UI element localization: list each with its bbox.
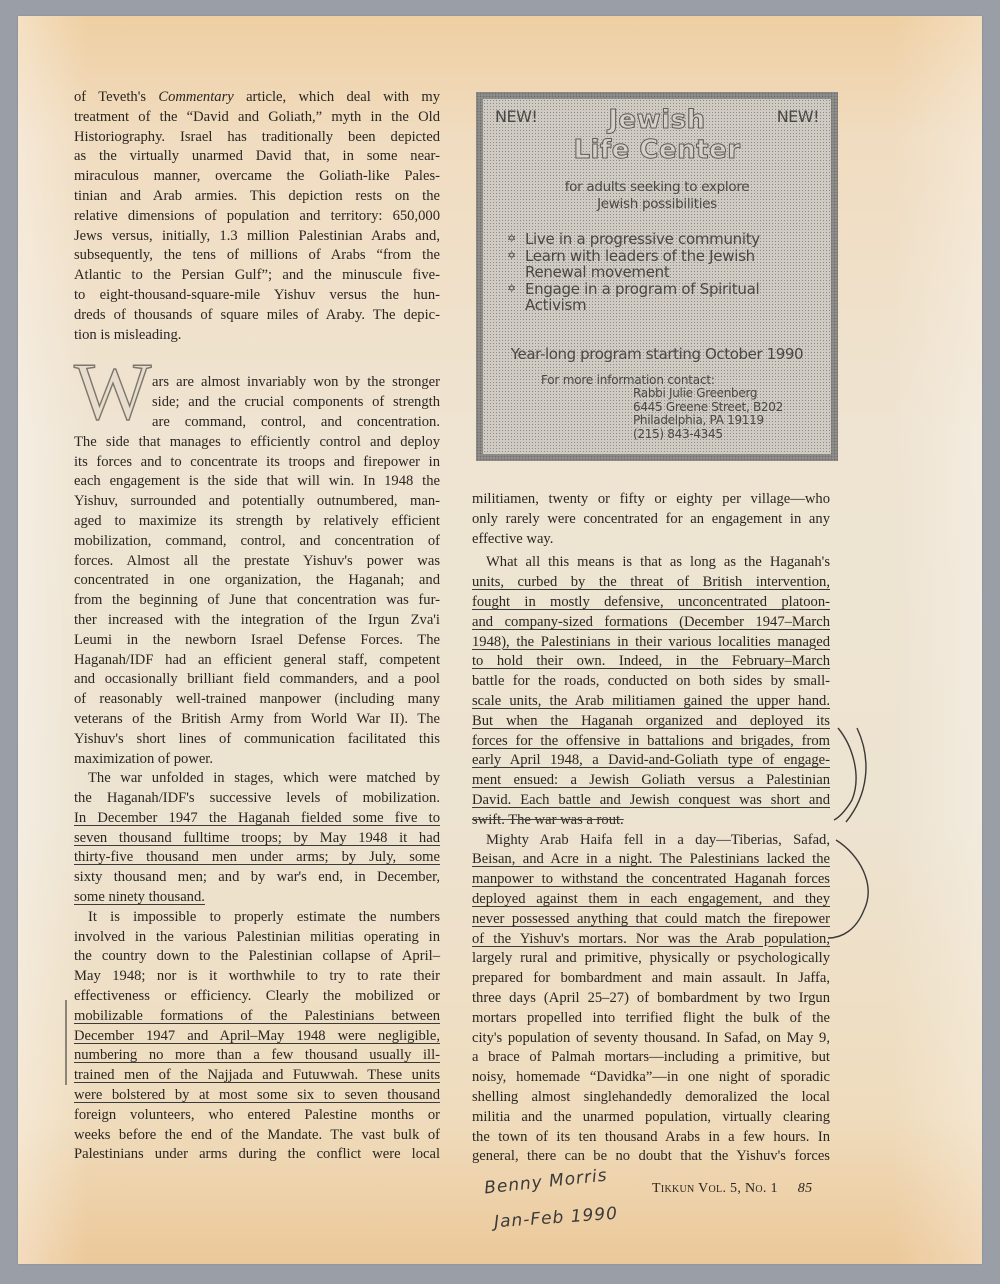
ad-title: Jewish Life Center [483, 105, 831, 165]
text-line: the town of its ten thousand Arabs in a … [472, 1128, 830, 1148]
underlined-text-line: early April 1948, a David-and-Goliath ty… [472, 751, 830, 771]
underlined-text-line: were bolstered by at most some six to se… [74, 1086, 440, 1106]
text-line: dreds of thousands of square miles of Ar… [74, 306, 440, 326]
text-line: effective way. [472, 530, 830, 550]
ad-program-line: Year-long program starting October 1990 [483, 345, 831, 363]
star-of-david-icon: ✡ [507, 281, 525, 314]
text-line: a brace of Palmah mortars—including a pr… [472, 1048, 830, 1068]
paragraph-1: militiamen, twenty or fifty or eighty pe… [472, 490, 830, 549]
underlined-text-line: fought in mostly defensive, unconcentrat… [472, 593, 830, 613]
text-line: Yishuv, surrounded and potentially outnu… [74, 492, 440, 512]
text-line: of Teveth's Commentary article, which de… [74, 88, 440, 108]
text-line: city's population of seventy thousand. I… [472, 1029, 830, 1049]
text-line: Yishuv's short lines of communication fa… [74, 730, 440, 750]
underlined-text-line: deployed against them in each engagement… [472, 890, 830, 910]
ad-subtitle: for adults seeking to explore Jewish pos… [483, 179, 831, 213]
text-line: foreign volunteers, who entered Palestin… [74, 1106, 440, 1126]
text-line: mortars propelled into terrified flight … [472, 1009, 830, 1029]
text-line: involved in the various Palestinian mili… [74, 928, 440, 948]
underlined-text-line: David. Each battle and Jewish conquest w… [472, 791, 830, 811]
underlined-text-line: December 1947 and April–May 1948 were ne… [74, 1027, 440, 1047]
text-line: veterans of the British Army from World … [74, 710, 440, 730]
text-line: battle for the roads, conducted on both … [472, 672, 830, 692]
text-line: weeks before the end of the Mandate. The… [74, 1126, 440, 1146]
underlined-text-line: seven thousand fulltime troops; by May 1… [74, 829, 440, 849]
text-line: each engagement is the side that will wi… [74, 472, 440, 492]
text-line: largely rural and primitive, physically … [472, 949, 830, 969]
text-line: militiamen, twenty or fifty or eighty pe… [472, 490, 830, 510]
text-line: Haganah/IDF had an efficient general sta… [74, 651, 440, 671]
text-line: maximization of power. [74, 750, 440, 770]
underlined-text-line: Beisan, and Acre in a night. The Palesti… [472, 850, 830, 870]
text-line: Atlantic to the Persian Gulf”; and the m… [74, 266, 440, 286]
underlined-text-line: manpower to withstand the concentrated H… [472, 870, 830, 890]
drop-cap: W [74, 362, 147, 422]
underlined-text-line: forces for the offensive in battalions a… [472, 732, 830, 752]
text-line: as the virtually unarmed David that, in … [74, 147, 440, 167]
text-line: May 1948; nor is it worthwhile to try to… [74, 967, 440, 987]
text-line: the country down to the Palestinian coll… [74, 947, 440, 967]
underlined-text-line: never possessed anything that could matc… [472, 910, 830, 930]
underlined-text-line: of the Yishuv's mortars. Nor was the Ara… [472, 930, 830, 950]
text-line: It is impossible to properly estimate th… [74, 908, 440, 928]
text-line: swift. The war was a rout. [472, 811, 830, 831]
text-line: the Haganah/IDF's successive levels of m… [74, 789, 440, 809]
advertisement-box: NEW! NEW! Jewish Life Center for adults … [476, 92, 838, 461]
contact-name: Rabbi Julie Greenberg [633, 387, 783, 401]
right-column: militiamen, twenty or fifty or eighty pe… [472, 490, 830, 1167]
underlined-text-line: But when the Haganah organized and deplo… [472, 712, 830, 732]
text-line: The war unfolded in stages, which were m… [74, 769, 440, 789]
star-of-david-icon: ✡ [507, 231, 525, 248]
underlined-text-line: to hold their own. Indeed, in the Februa… [472, 652, 830, 672]
advertisement-content: NEW! NEW! Jewish Life Center for adults … [483, 99, 831, 454]
underlined-text-line: mobilizable formations of the Palestinia… [74, 1007, 440, 1027]
page-footer: Tikkun Vol. 5, No. 185 [652, 1181, 812, 1197]
ad-title-line: Jewish [483, 105, 831, 135]
ad-contact-details: Rabbi Julie Greenberg 6445 Greene Street… [633, 387, 783, 441]
contact-street: 6445 Greene Street, B202 [633, 401, 783, 415]
text-line: sixty thousand men; and by war's end, in… [74, 868, 440, 888]
underlined-text-line: numbering no more than a few thousand us… [74, 1046, 440, 1066]
text-line: noisy, homemade “Davidka”—in one night o… [472, 1068, 830, 1088]
italic-title: Commentary [158, 89, 233, 105]
publication-info: Tikkun Vol. 5, No. 1 [652, 1181, 778, 1196]
contact-city: Philadelphia, PA 19119 [633, 414, 783, 428]
underlined-text-line: scale units, the Arab militiamen gained … [472, 692, 830, 712]
text-line: treatment of the “David and Goliath,” my… [74, 108, 440, 128]
text-line: from the beginning of June that concentr… [74, 591, 440, 611]
text-line: shelling almost singlehandedly demoraliz… [472, 1088, 830, 1108]
text-line: subsequently, the tens of millions of Ar… [74, 246, 440, 266]
left-column: of Teveth's Commentary article, which de… [74, 88, 440, 1165]
text-line: ther increased with the integration of t… [74, 611, 440, 631]
ad-title-line: Life Center [483, 135, 831, 165]
underlined-text-line: ment ensued: a Jewish Goliath versus a P… [472, 771, 830, 791]
underlined-text-line: In December 1947 the Haganah fielded som… [74, 809, 440, 829]
text-line: tinian and Arab armies. This depiction r… [74, 187, 440, 207]
text-line: only rarely were concentrated for an eng… [472, 510, 830, 530]
page-number: 85 [798, 1181, 813, 1196]
text-line: What all this means is that as long as t… [472, 553, 830, 573]
bullet-text: Live in a progressive community [525, 231, 760, 248]
underlined-text-line: thirty-five thousand men under arms; by … [74, 848, 440, 868]
text-line: forces. Almost all the prestate Yishuv's… [74, 552, 440, 572]
bullet-text: Learn with leaders of the JewishRenewal … [525, 248, 755, 281]
text-line: effectiveness or efficiency. Clearly the… [74, 987, 440, 1007]
ad-subtitle-line: Jewish possibilities [483, 196, 831, 213]
text-line: Palestinians under arms during the confl… [74, 1145, 440, 1165]
ad-contact-label: For more information contact: [541, 373, 715, 387]
contact-phone: (215) 843-4345 [633, 428, 783, 442]
text-line: relative dimensions of population and te… [74, 207, 440, 227]
ad-subtitle-line: for adults seeking to explore [483, 179, 831, 196]
text-line: general, there can be no doubt that the … [472, 1147, 830, 1167]
text-line: to eight-thousand-square-mile Yishuv ver… [74, 286, 440, 306]
text-line: Leumi in the newborn Israel Defense Forc… [74, 631, 440, 651]
text-line: three days (April 25–27) of bombardment … [472, 989, 830, 1009]
text-line: militia and the unarmed population, virt… [472, 1108, 830, 1128]
text-line: prepared for bombardment and main assaul… [472, 969, 830, 989]
paragraph-3: Mighty Arab Haifa fell in a day—Tiberias… [472, 831, 830, 1168]
underlined-text-line: and company-sized formations (December 1… [472, 613, 830, 633]
text-line: Jews versus, initially, 1.3 million Pale… [74, 227, 440, 247]
text-line: of reasonably well-trained manpower (inc… [74, 690, 440, 710]
bullet-text: Engage in a program of SpiritualActivism [525, 281, 759, 314]
underlined-text-line: some ninety thousand. [74, 888, 440, 908]
text-line: concentrated in one organization, the Ha… [74, 571, 440, 591]
underlined-text-line: trained men of the Najjada and Futuwwah.… [74, 1066, 440, 1086]
text-line: Historiography. Israel has traditionally… [74, 128, 440, 148]
underlined-text-line: units, curbed by the threat of British i… [472, 573, 830, 593]
text-line: tion is misleading. [74, 326, 440, 346]
star-of-david-icon: ✡ [507, 248, 525, 281]
underlined-text-line: 1948), the Palestinians in their various… [472, 633, 830, 653]
text-line: mobilization, command, control, and conc… [74, 532, 440, 552]
text-line: and occasionally brilliant field command… [74, 670, 440, 690]
ad-bullet: ✡ Learn with leaders of the JewishRenewa… [507, 248, 821, 281]
ad-bullet-list: ✡ Live in a progressive community ✡ Lear… [507, 231, 821, 314]
paragraph-3: The war unfolded in stages, which were m… [74, 769, 440, 908]
text-line: aged to maximize its strength by relativ… [74, 512, 440, 532]
paragraph-2: What all this means is that as long as t… [472, 553, 830, 830]
paragraph-1: of Teveth's Commentary article, which de… [74, 88, 440, 345]
ad-bullet: ✡ Live in a progressive community [507, 231, 821, 248]
paragraph-4: It is impossible to properly estimate th… [74, 908, 440, 1165]
text-line: Mighty Arab Haifa fell in a day—Tiberias… [472, 831, 830, 851]
ad-bullet: ✡ Engage in a program of SpiritualActivi… [507, 281, 821, 314]
text-line: its forces and to concentrate its troops… [74, 453, 440, 473]
text-line: miraculous manner, overcame the Goliath-… [74, 167, 440, 187]
